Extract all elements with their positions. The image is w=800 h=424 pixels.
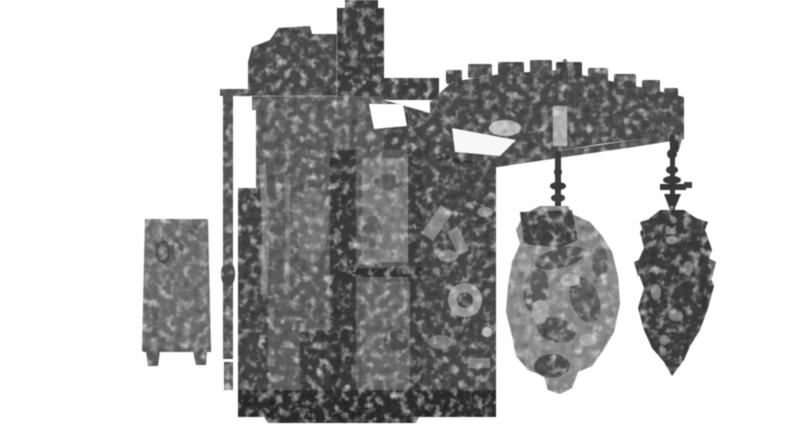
cabinet-leg-left — [146, 351, 160, 366]
control-cabinet — [142, 219, 211, 366]
workpiece-cluster-left — [506, 206, 620, 394]
machine-photograph — [0, 0, 800, 424]
hanger-rod-left — [550, 151, 566, 213]
blast-machine — [238, 0, 496, 423]
cabinet-leg-right — [193, 351, 207, 365]
drive-unit — [248, 26, 337, 96]
workpiece-cluster-right — [634, 206, 716, 376]
